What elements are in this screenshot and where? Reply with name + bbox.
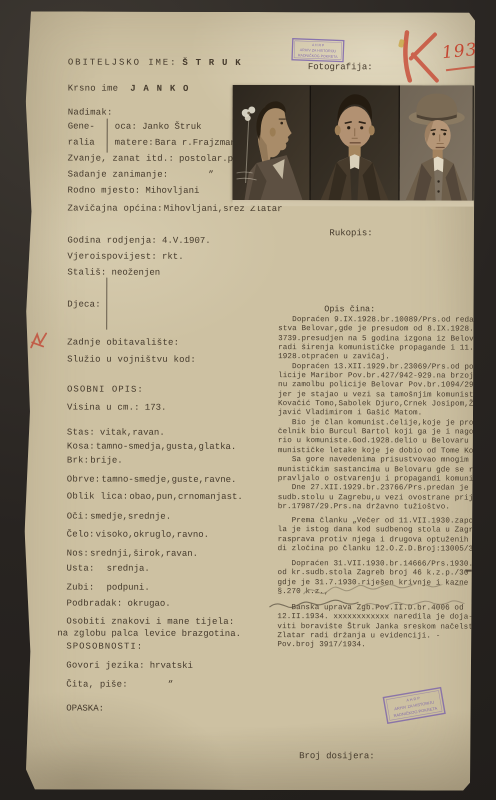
photo-mount-strip — [233, 200, 474, 207]
field-eyes: Oči:smedje,srednje. — [67, 512, 171, 522]
field-special-marks-label: Osobiti znakovi i mane tijela: — [66, 617, 234, 627]
field-height: Visina u cm.:173. — [67, 403, 166, 413]
red-check-mark — [399, 28, 443, 84]
offense-title: Opis čina: — [324, 304, 375, 314]
generalia-label-1: Gene- — [68, 122, 95, 132]
handwriting-label: Rukopis: — [329, 228, 372, 238]
remark-label: OPASKA: — [66, 704, 104, 714]
prs-underline-mark — [466, 570, 481, 572]
field-occupation: Zvanje, zanat itd.:postolar.pomoćn — [68, 154, 260, 165]
field-face-shape: Oblik lica:obao,pun,crnomanjast. — [67, 492, 243, 502]
field-first-name: Krsno imeJ A N K O — [68, 84, 190, 94]
mugshot-strip — [233, 85, 474, 201]
offense-paragraph-1: Dopraćen 9.IX.1928.br.10089/Prs.od redar… — [278, 316, 496, 513]
field-military: Služio u vojništvu kod: — [67, 355, 196, 365]
field-chin: Podbradak:okrugao. — [66, 599, 170, 609]
year-underline — [446, 64, 490, 71]
field-moustache: Brk:brije. — [67, 456, 123, 466]
field-special-marks-value: na zglobu palca levice brazgotina. — [57, 629, 241, 639]
dossier-label: Broj dosijera: — [299, 751, 375, 761]
abilities-header: SPOSOBNOSTI: — [66, 642, 143, 652]
field-teeth: Zubi:podpuni. — [66, 583, 149, 593]
field-nickname: Nadimak: — [68, 108, 118, 118]
record-card-paper: OBITELJSKO IME:Š T R U K Krsno imeJ A N … — [21, 11, 475, 790]
field-languages: Govori jezika:hrvatski — [66, 661, 193, 671]
field-father: oca:Janko Štruk — [115, 122, 202, 132]
field-children: Djeca: — [67, 300, 101, 310]
field-nose: Nos:srednji,širok,ravan. — [67, 549, 198, 559]
field-hair: Kosa:tamno-smedja,gusta,glatka. — [67, 442, 236, 452]
archive-stamp-bottom: A H R P ARHIV ZA HISTORIJU RADNIČKOG POK… — [381, 685, 447, 725]
field-marital-status: Stališ:neoženjen — [67, 268, 160, 278]
field-build: Stas:vitak,ravan. — [67, 428, 165, 438]
mugshot-hat-photo — [400, 85, 473, 200]
svg-text:A H R P: A H R P — [312, 43, 325, 47]
handwritten-note-line-2 — [267, 598, 467, 615]
photo-label: Fotografija: — [308, 62, 373, 72]
field-birth-year: Godina rodjenja:4.V.1907. — [67, 236, 210, 246]
field-eyebrows: Obrve:tamno-smedje,guste,ravne. — [67, 475, 237, 485]
field-mother: matere:Bara r.Frajzman — [115, 138, 236, 148]
field-last-residence: Zadnje obitavalište: — [67, 338, 179, 348]
personal-description-header: OSOBNI OPIS: — [67, 385, 144, 395]
children-divider — [106, 278, 107, 330]
field-religion: Vjeroispovijest:rkt. — [67, 252, 183, 262]
field-family-name: OBITELJSKO IME:Š T R U K — [68, 58, 242, 68]
field-mouth: Usta:srednja. — [67, 564, 150, 574]
offense-paragraph-2: Prema članku „Večer od 11.VII.1930.započ… — [278, 517, 496, 555]
mugshot-profile-photo — [233, 85, 310, 200]
mugshot-front-photo — [311, 85, 399, 200]
svg-text:ARHIV ZA HISTORIJU: ARHIV ZA HISTORIJU — [300, 48, 337, 53]
archive-stamp-top: A H R P ARHIV ZA HISTORIJU RADNIČKOG POK… — [290, 37, 345, 63]
generalia-divider — [107, 119, 108, 153]
field-forehead: Čelo:visoko,okruglo,ravno. — [67, 530, 209, 540]
year-annotation: 1935. — [441, 38, 496, 63]
generalia-label-2: ralia — [68, 138, 95, 148]
field-reads-writes: Čita, piše:” — [66, 680, 173, 690]
field-birthplace: Rodno mjesto:Mihovljani — [68, 186, 200, 196]
field-current-occupation: Sadanje zanimanje:” — [68, 170, 214, 180]
red-margin-mark — [28, 330, 50, 352]
